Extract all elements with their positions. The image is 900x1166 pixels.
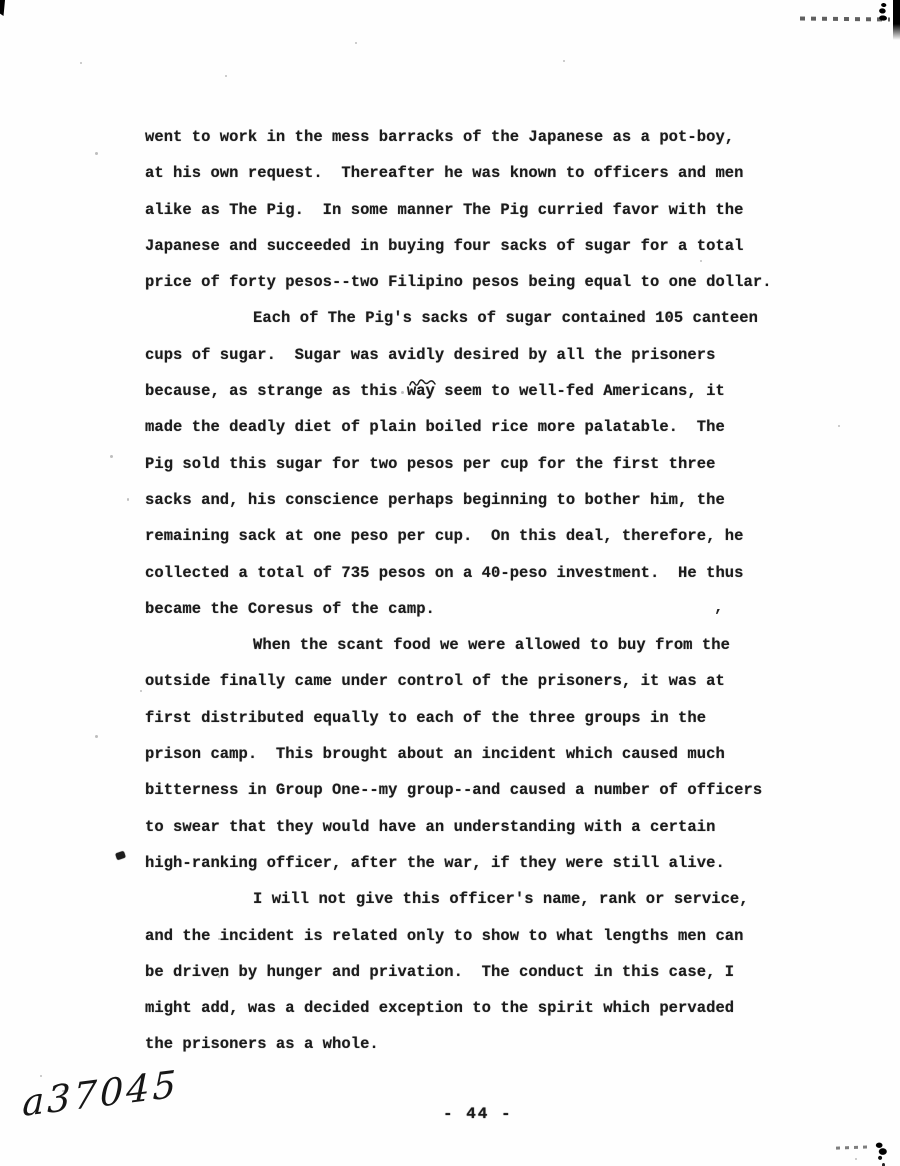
- text-line: price of forty pesos--two Filipino pesos…: [145, 264, 825, 300]
- text-line: and the incident is related only to show…: [145, 918, 825, 954]
- scan-speckle: [40, 1075, 42, 1077]
- scan-speckle: [95, 152, 98, 155]
- handwritten-correction-mark: [408, 367, 438, 380]
- text-line: collected a total of 735 pesos on a 40-p…: [145, 555, 825, 591]
- text-line: because, as strange as this way seem to …: [145, 373, 825, 409]
- text-line: Japanese and succeeded in buying four sa…: [145, 228, 825, 264]
- text-line: cups of sugar. Sugar was avidly desired …: [145, 337, 825, 373]
- scan-speckle: [838, 425, 840, 427]
- text-line: Each of The Pig's sacks of sugar contain…: [145, 300, 825, 336]
- scan-speckle: [95, 735, 98, 738]
- scan-speckle: [80, 62, 82, 64]
- text-line: Pig sold this sugar for two pesos per cu…: [145, 446, 825, 482]
- text-line: at his own request. Thereafter he was kn…: [145, 155, 825, 191]
- text-line: might add, was a decided exception to th…: [145, 990, 825, 1026]
- scan-speckle: [401, 391, 404, 394]
- text-line: prison camp. This brought about an incid…: [145, 736, 825, 772]
- text-line: made the deadly diet of plain boiled ric…: [145, 409, 825, 445]
- stray-ink-mark: ,: [714, 598, 724, 616]
- scan-speckle: [218, 975, 221, 978]
- scan-speckle: [700, 260, 702, 262]
- text-line: be driven by hunger and privation. The c…: [145, 954, 825, 990]
- text-line: remaining sack at one peso per cup. On t…: [145, 518, 825, 554]
- scan-speckle: [110, 455, 113, 458]
- corrected-word: way: [407, 382, 435, 400]
- text-line: alike as The Pig. In some manner The Pig…: [145, 192, 825, 228]
- text-line: When the scant food we were allowed to b…: [145, 627, 825, 663]
- scan-speckle: [563, 60, 565, 62]
- scan-speckle: [140, 690, 142, 692]
- text-line: high-ranking officer, after the war, if …: [145, 845, 825, 881]
- text-line: to swear that they would have an underst…: [145, 809, 825, 845]
- scanned-document-page: went to work in the mess barracks of the…: [0, 0, 900, 1166]
- scan-artifact-top-left-corner: [0, 0, 5, 16]
- text-line: first distributed equally to each of the…: [145, 700, 825, 736]
- text-line: sacks and, his conscience perhaps beginn…: [145, 482, 825, 518]
- handwritten-annotation: a37045: [22, 1062, 179, 1125]
- scan-speckle: [62, 1090, 65, 1092]
- text-line: I will not give this officer's name, ran…: [145, 881, 825, 917]
- text-block: went to work in the mess barracks of the…: [145, 119, 825, 1063]
- page-number: - 44 -: [443, 1103, 513, 1125]
- scan-speckle: [218, 938, 220, 940]
- text-line: the prisoners as a whole.: [145, 1026, 825, 1062]
- text-line: went to work in the mess barracks of the…: [145, 119, 825, 155]
- scan-artifact-right-edge-strip: [893, 0, 900, 40]
- margin-mark: [115, 851, 126, 860]
- scan-blob-top-right: [875, 1, 891, 22]
- text-line: outside finally came under control of th…: [145, 663, 825, 699]
- scan-speckle: [127, 498, 129, 501]
- scan-speckle: [355, 42, 357, 44]
- scan-speckle: [225, 75, 227, 77]
- scan-smudge-bottom-right: [836, 1145, 870, 1149]
- scan-speckle: [855, 1158, 857, 1160]
- scan-blob-bottom-right: [872, 1140, 890, 1161]
- text-line: bitterness in Group One--my group--and c…: [145, 772, 825, 808]
